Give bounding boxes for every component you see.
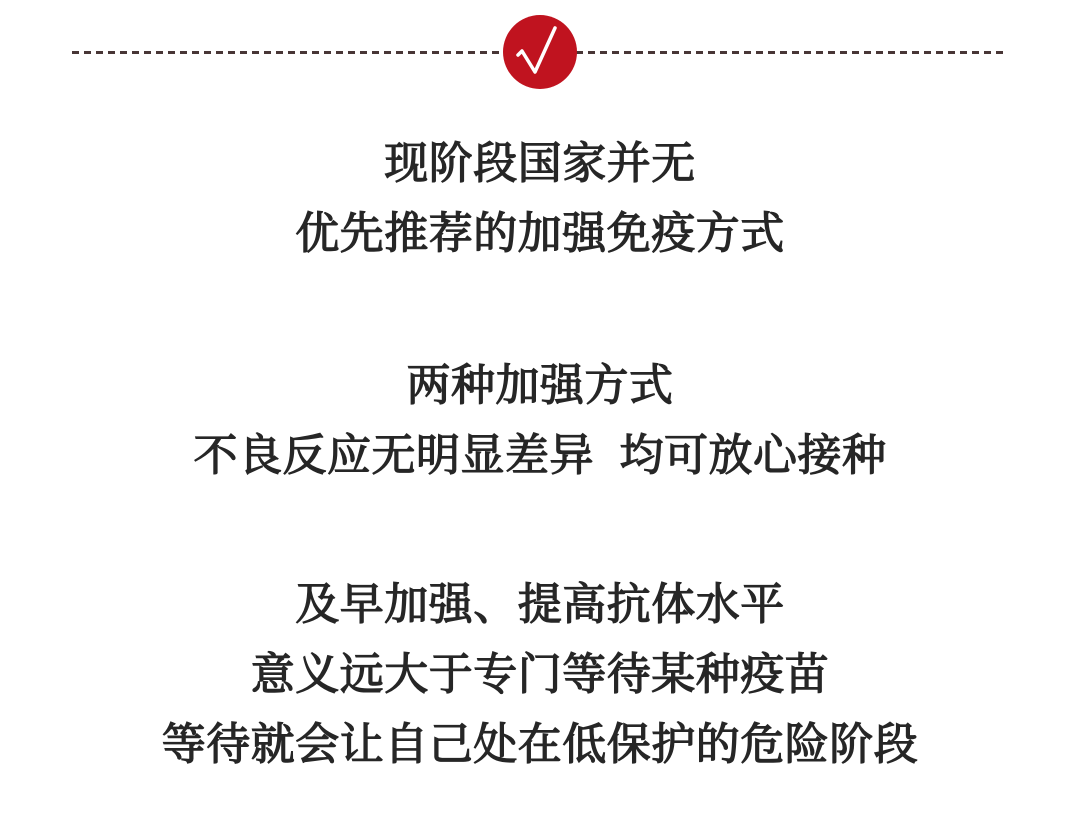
- checkmark-icon: [503, 15, 577, 89]
- text-line: 不良反应无明显差异 均可放心接种: [0, 421, 1080, 491]
- paragraph-2: 两种加强方式 不良反应无明显差异 均可放心接种: [0, 351, 1080, 491]
- paragraph-3: 及早加强、提高抗体水平 意义远大于专门等待某种疫苗 等待就会让自己处在低保护的危…: [0, 570, 1080, 780]
- text-line: 两种加强方式: [0, 351, 1080, 421]
- text-line: 意义远大于专门等待某种疫苗: [0, 640, 1080, 710]
- article-page: 现阶段国家并无 优先推荐的加强免疫方式 两种加强方式 不良反应无明显差异 均可放…: [0, 0, 1080, 814]
- section-divider: [0, 0, 1080, 104]
- checkmark-badge: [503, 15, 577, 89]
- text-line: 及早加强、提高抗体水平: [0, 570, 1080, 640]
- paragraph-1: 现阶段国家并无 优先推荐的加强免疫方式: [0, 129, 1080, 269]
- text-line: 现阶段国家并无: [0, 129, 1080, 199]
- text-line: 等待就会让自己处在低保护的危险阶段: [0, 710, 1080, 780]
- text-line: 优先推荐的加强免疫方式: [0, 199, 1080, 269]
